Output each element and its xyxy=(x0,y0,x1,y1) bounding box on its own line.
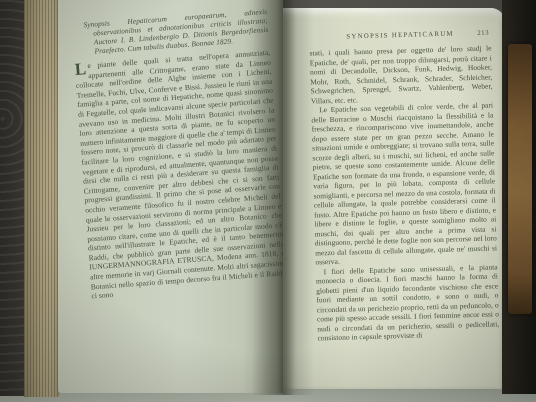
right-paragraph-1: stati, i quali hanno presa per oggetto d… xyxy=(309,43,493,105)
right-page: SYNOPSIS HEPATICARUM 213 stati, i quali … xyxy=(283,8,505,389)
right-page-text: SYNOPSIS HEPATICARUM 213 stati, i quali … xyxy=(309,29,500,342)
book-spine xyxy=(502,0,536,394)
left-page-body-text: e piante delle quali si tratta nell'oper… xyxy=(76,48,283,301)
book-cover-left xyxy=(0,0,26,396)
spine-label xyxy=(508,44,532,314)
left-page-body: Le piante delle quali si tratta nell'ope… xyxy=(74,48,283,302)
left-page-text: Synopsis Hepaticarum europaearum, adnexi… xyxy=(71,7,283,301)
right-paragraph-3: I fiori delle Epatiche sono unisessuali,… xyxy=(316,262,500,343)
page-number: 213 xyxy=(477,30,489,37)
dropcap-letter: L xyxy=(74,61,88,77)
book-photo: Synopsis Hepaticarum europaearum, adnexi… xyxy=(0,0,536,402)
right-paragraph-2: Le Epatiche son vegetabili di color verd… xyxy=(311,100,497,267)
running-head-row: SYNOPSIS HEPATICARUM 213 xyxy=(309,29,491,41)
page-fore-edge xyxy=(24,0,60,397)
left-page: Synopsis Hepaticarum europaearum, adnexi… xyxy=(58,0,283,393)
running-head: SYNOPSIS HEPATICARUM xyxy=(346,30,454,40)
